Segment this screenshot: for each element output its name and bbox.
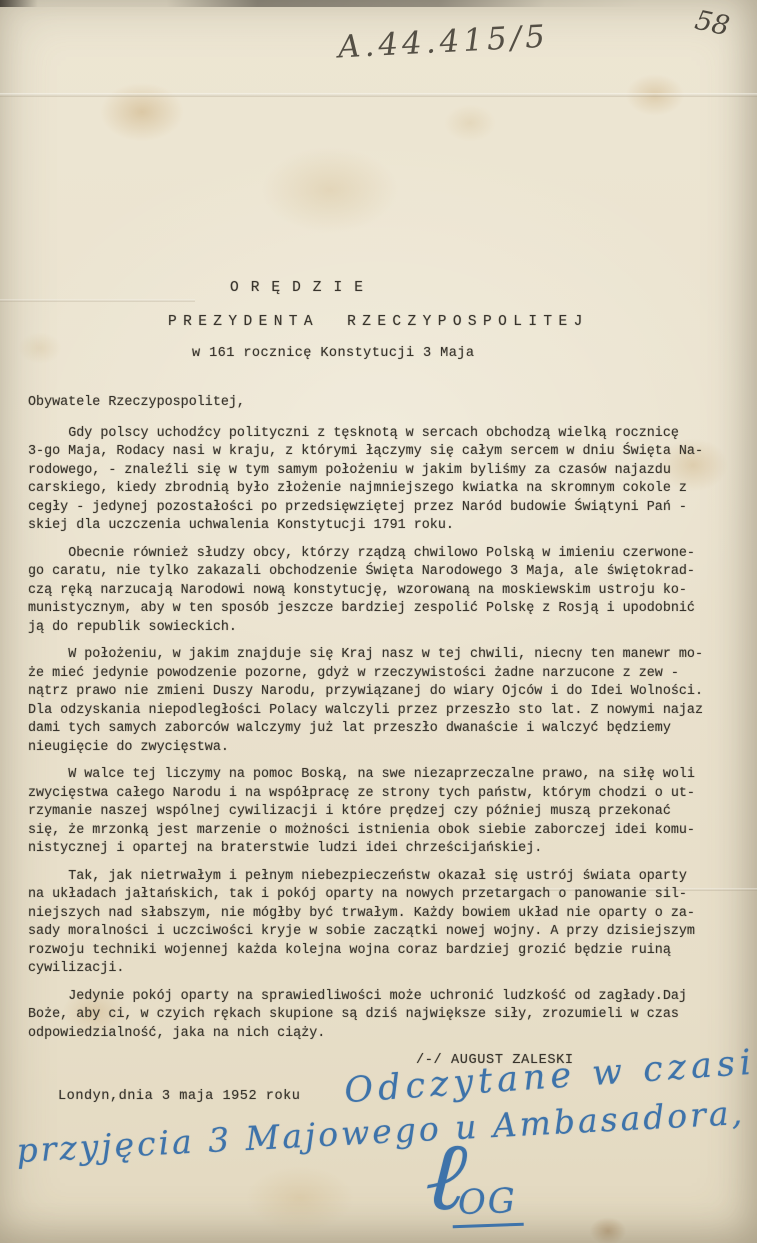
salutation: Obywatele Rzeczypospolitej, bbox=[28, 394, 742, 413]
fold-crease bbox=[0, 299, 195, 302]
page-number-annotation: 58 bbox=[692, 5, 732, 42]
paragraph-4: W walce tej liczymy na pomoc Boską, na s… bbox=[28, 766, 742, 859]
paragraph-5: Tak, jak nietrwałym i pełnym niebezpiecz… bbox=[28, 868, 742, 979]
archive-number-annotation: A.44.415/5 bbox=[337, 19, 549, 66]
paragraph-2: Obecnie również słudzy obcy, którzy rząd… bbox=[28, 545, 742, 638]
paragraph-1: Gdy polscy uchodźcy polityczni z tęsknot… bbox=[28, 425, 742, 536]
fold-crease bbox=[0, 93, 757, 97]
paper-edge-shadow bbox=[0, 0, 757, 7]
paragraph-3: W położeniu, w jakim znajduje się Kraj n… bbox=[28, 646, 742, 757]
document-subtitle: PREZYDENTA RZECZYPOSPOLITEJ bbox=[168, 314, 589, 330]
handwritten-initials: OG bbox=[451, 1181, 524, 1228]
document-title: ORĘDZIE bbox=[230, 280, 375, 296]
document-subtitle-occasion: w 161 rocznicę Konstytucji 3 Maja bbox=[192, 346, 474, 361]
paragraph-6: Jedynie pokój oparty na sprawiedliwości … bbox=[28, 988, 742, 1044]
document-page: A.44.415/5 58 ORĘDZIE PREZYDENTA RZECZYP… bbox=[0, 0, 757, 1243]
document-body: Obywatele Rzeczypospolitej, Gdy polscy u… bbox=[28, 394, 742, 1106]
